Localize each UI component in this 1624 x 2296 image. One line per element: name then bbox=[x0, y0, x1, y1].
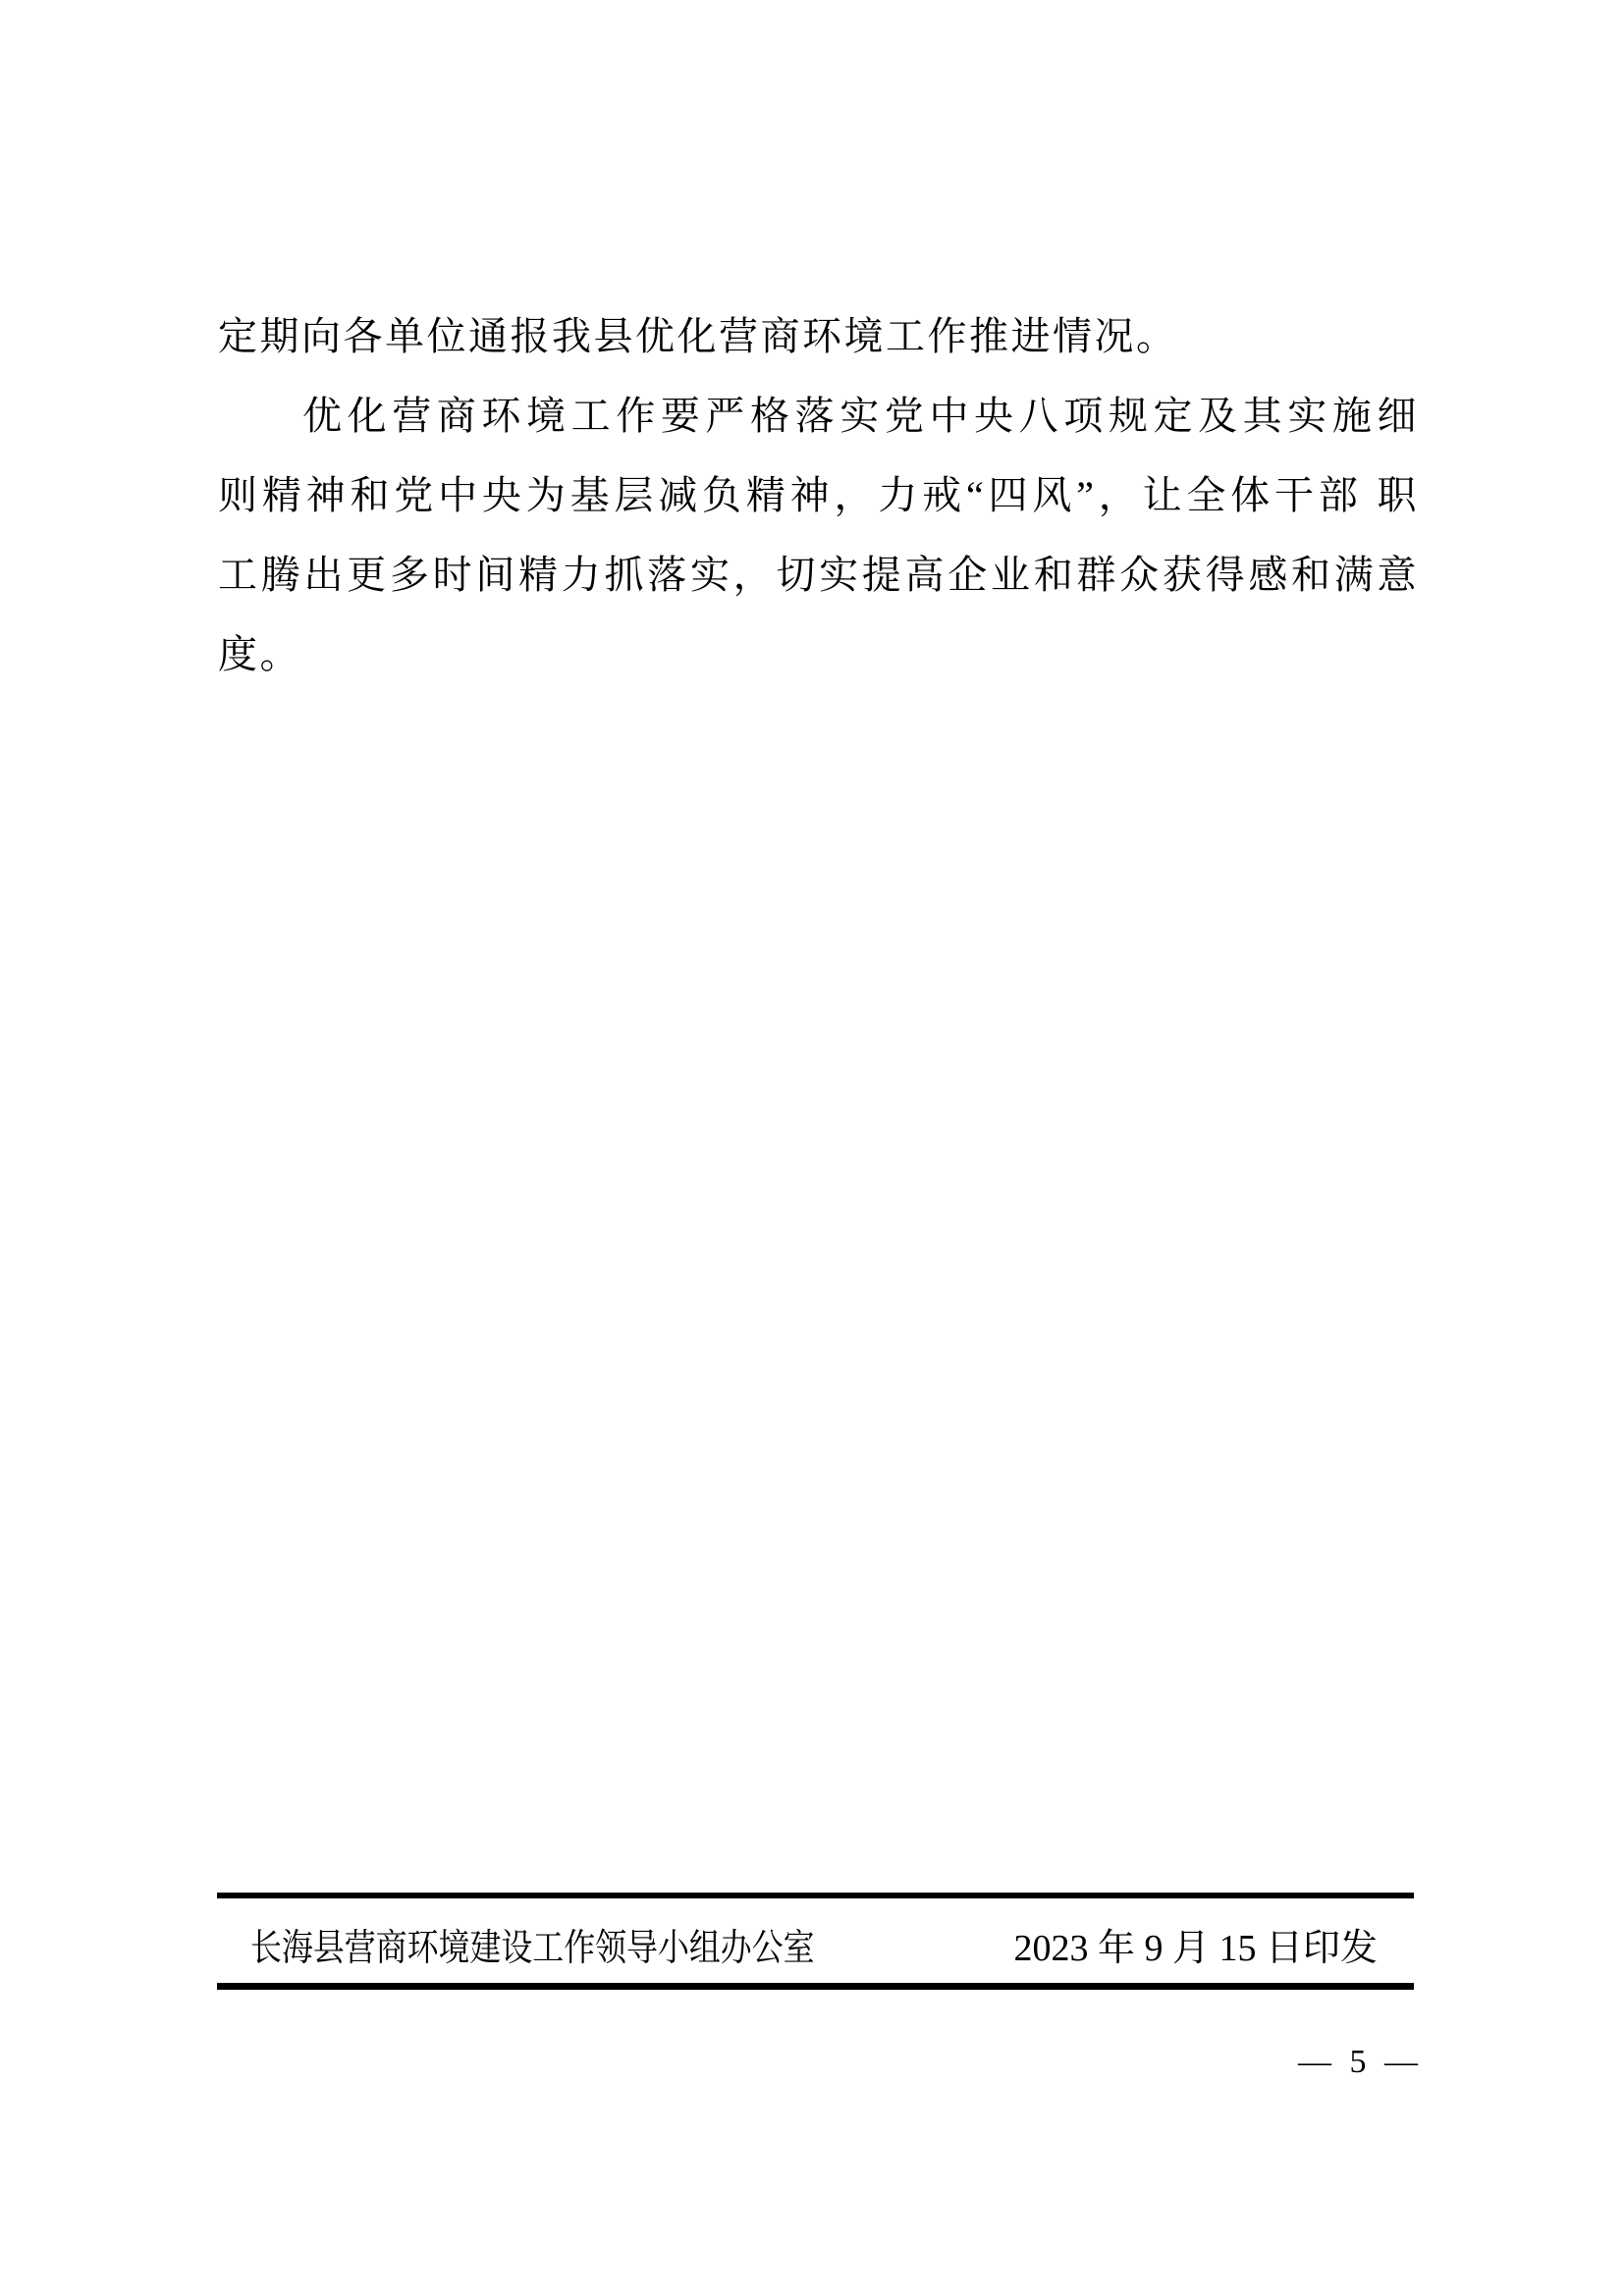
footer-top-rule bbox=[217, 1893, 1414, 1898]
document-footer: 长海县营商环境建设工作领导小组办公室 2023 年 9 月 15 日印发 bbox=[217, 1920, 1414, 1967]
document-body: 定期向各单位通报我县优化营商环境工作推进情况。 优化营商环境工作要严格落实党中央… bbox=[218, 296, 1419, 694]
body-line-2: 优化营商环境工作要严格落实党中央八项规定及其实施细 bbox=[218, 376, 1419, 455]
body-line-1: 定期向各单位通报我县优化营商环境工作推进情况。 bbox=[218, 296, 1419, 376]
footer-bottom-rule bbox=[217, 1983, 1414, 1990]
body-line-5: 度。 bbox=[218, 614, 1419, 694]
document-page: 定期向各单位通报我县优化营商环境工作推进情况。 优化营商环境工作要严格落实党中央… bbox=[0, 0, 1624, 2296]
page-number: — 5 — bbox=[1298, 2044, 1419, 2081]
footer-issuer-label: 长海县营商环境建设工作领导小组办公室 bbox=[250, 1917, 815, 1971]
body-line-3: 则精神和党中央为基层减负精神，力戒“四风”，让全体干部 职 bbox=[218, 455, 1419, 535]
body-line-4: 工腾出更多时间精力抓落实，切实提高企业和群众获得感和满意 bbox=[218, 535, 1419, 614]
footer-print-date: 2023 年 9 月 15 日印发 bbox=[1013, 1917, 1378, 1971]
